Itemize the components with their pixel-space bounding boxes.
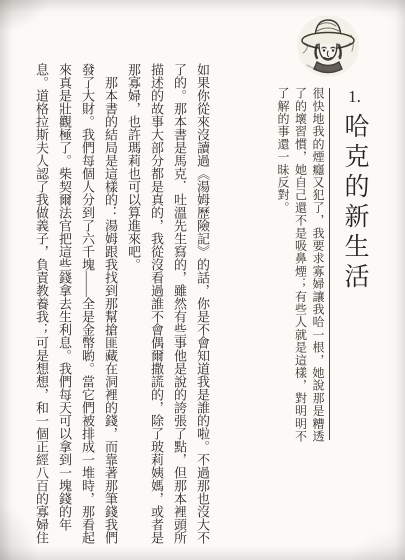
- boy-in-straw-hat-illustration: [295, 13, 361, 79]
- body-paragraph-2: 那本書的結局是這樣的：湯姆跟我找到那幫搶匪藏在洞裡的錢，而靠著那筆錢我們發了大財…: [30, 63, 122, 546]
- chapter-title-text: 哈克的新生活: [341, 113, 368, 293]
- margin-note: 很快地我的煙癮又犯了，我要求寡婦讓我哈一根，她說那是糟透了的壞習慣，她自己還不是…: [272, 87, 326, 444]
- body-paragraph-1: 如果你從來沒讀過《湯姆歷險記》的話，你是不會知道我是誰的啦。不過那也沒大不了的。…: [122, 63, 214, 546]
- portrait-sketch-svg: [295, 13, 361, 79]
- title-divider-rule: [329, 88, 330, 440]
- book-page: 1.哈克的新生活 很快地我的煙癮又犯了，我要求寡婦讓我哈一根，她說那是糟透了的壞…: [0, 0, 405, 560]
- body-text: 如果你從來沒讀過《湯姆歷險記》的話，你是不會知道我是誰的啦。不過那也沒大不了的。…: [10, 63, 214, 546]
- chapter-title: 1.哈克的新生活: [339, 88, 369, 338]
- chapter-number: 1.: [345, 88, 364, 113]
